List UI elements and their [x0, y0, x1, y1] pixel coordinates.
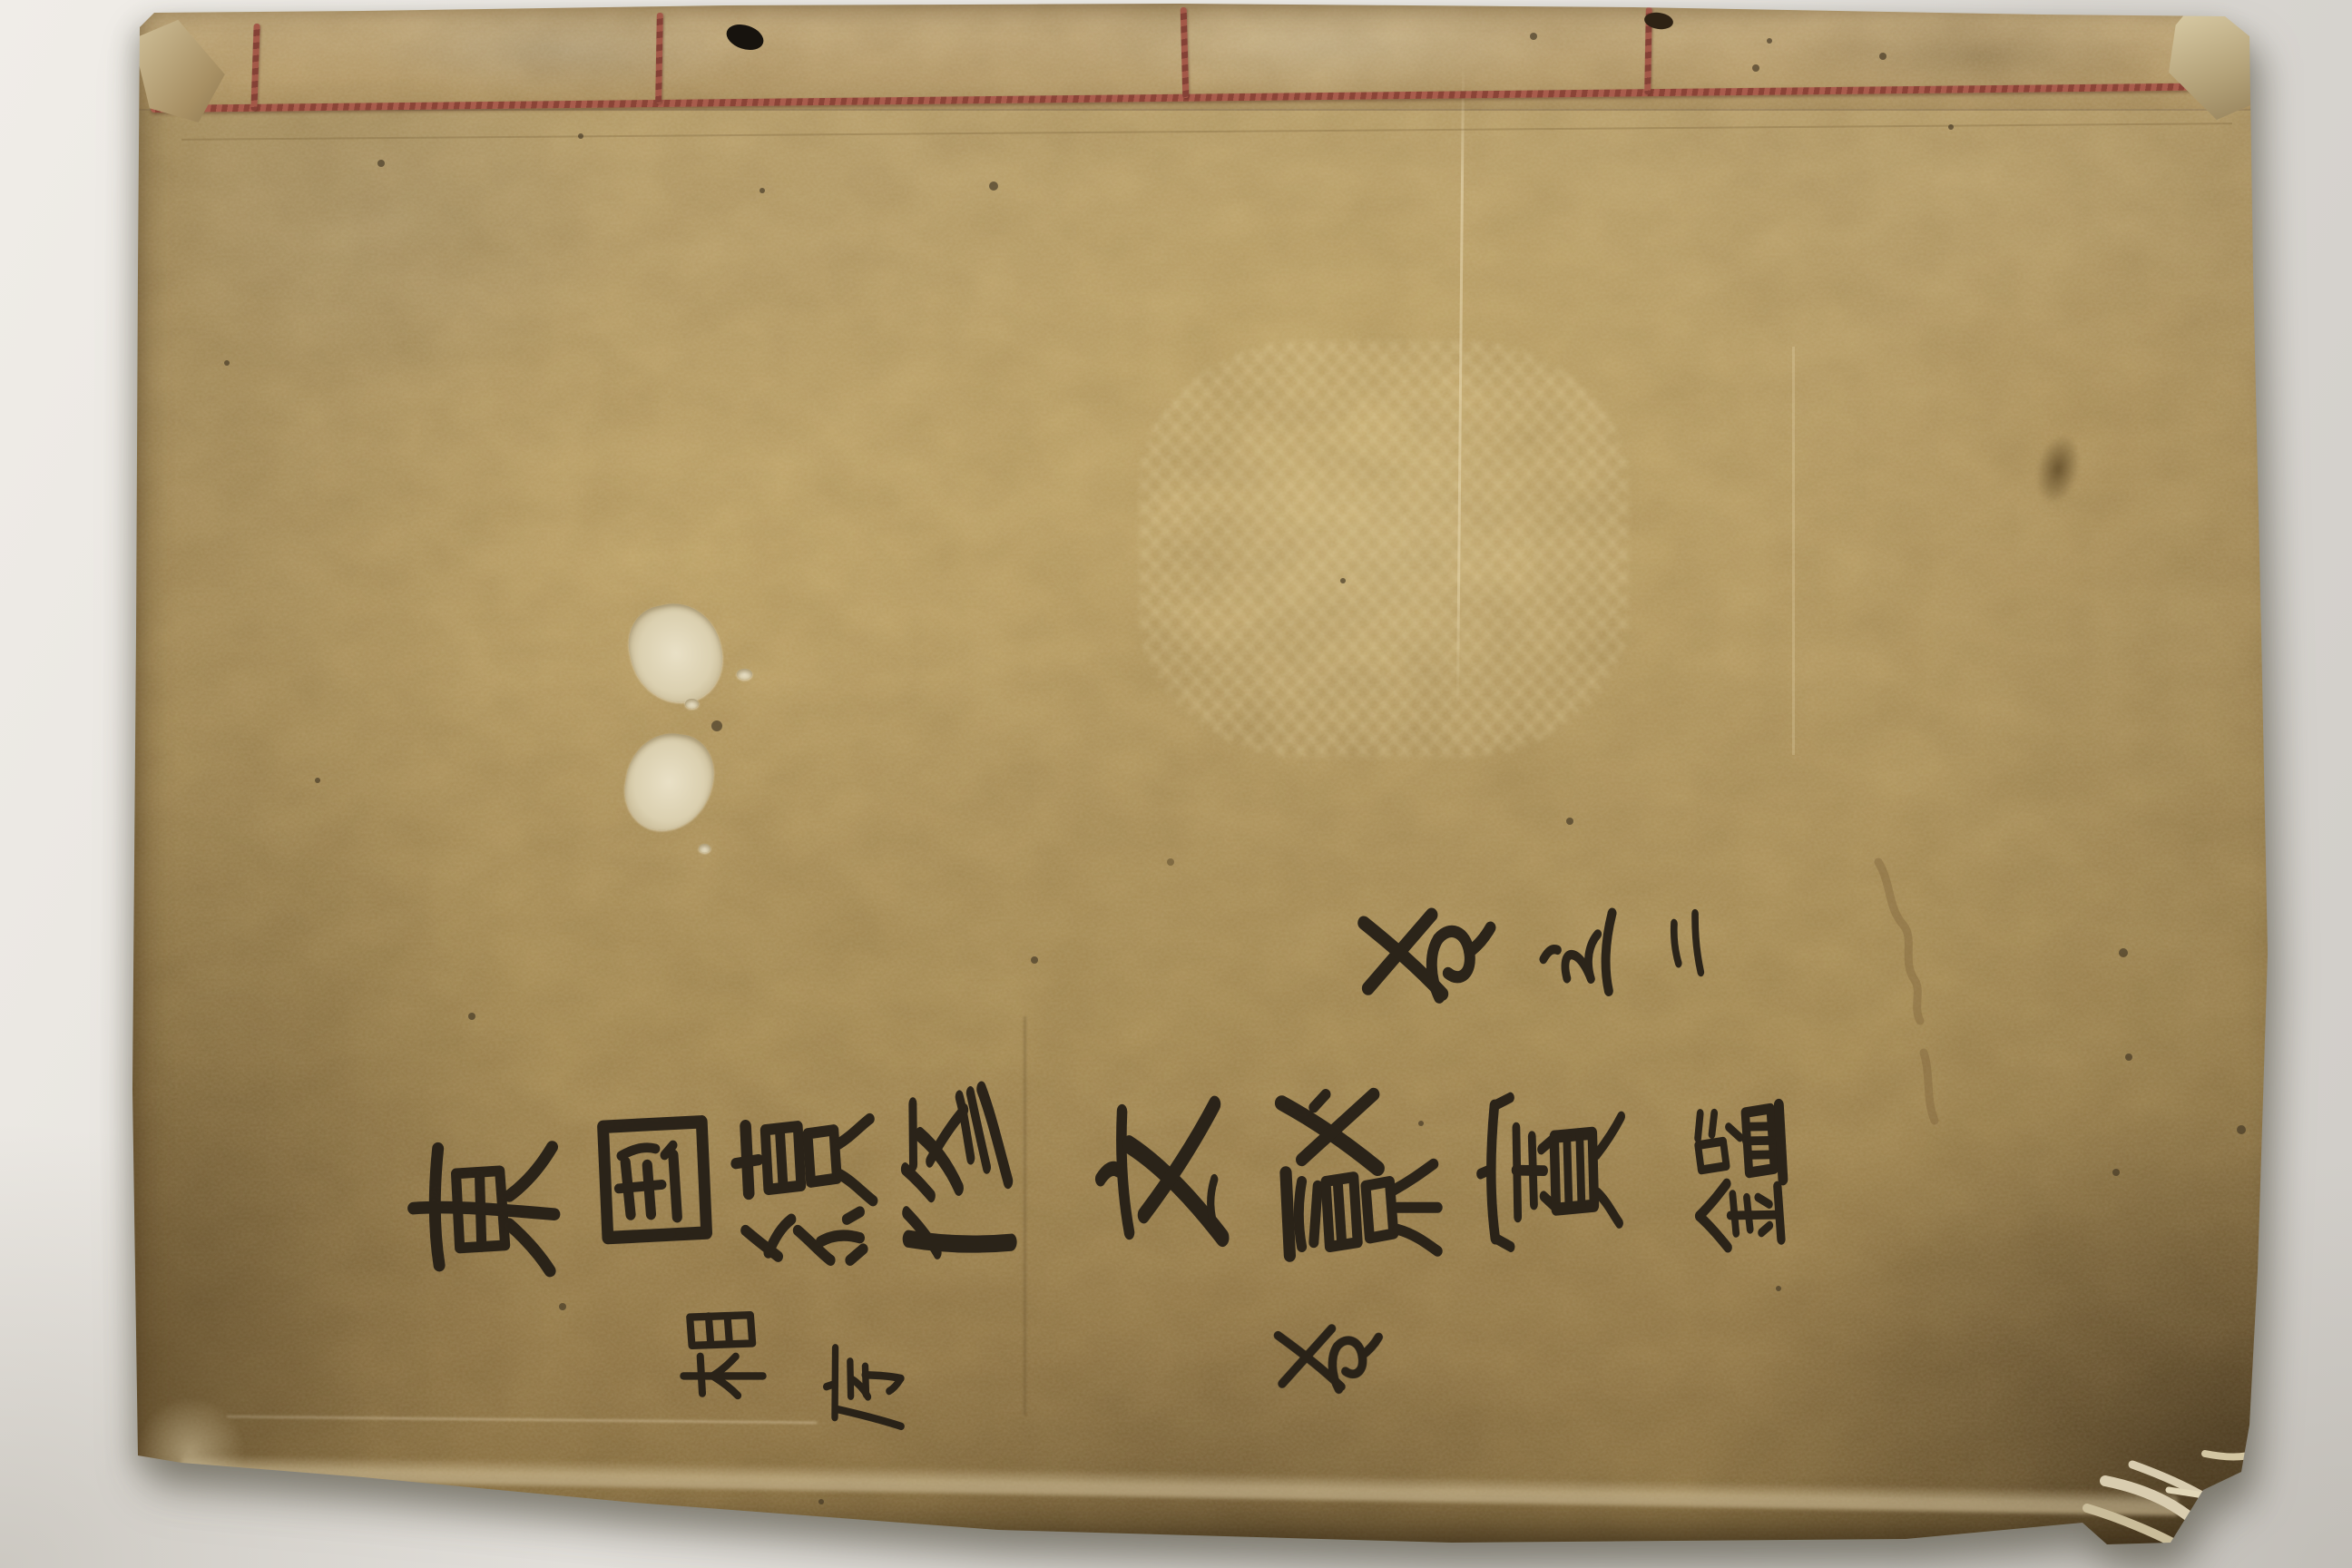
annotation-char-juan	[1278, 1327, 1380, 1391]
title-char-xiu	[902, 1086, 1016, 1255]
title-char-bao	[1479, 1097, 1622, 1249]
annotation-char-xu	[825, 1347, 904, 1426]
volume-char-juan	[1364, 914, 1492, 999]
calligraphy-layer	[0, 0, 2352, 1568]
title-char-dong	[412, 1144, 555, 1270]
title-char-guo	[603, 1122, 706, 1238]
volume-char-er	[1672, 914, 1700, 974]
title-char-jian	[1697, 1105, 1784, 1249]
title-char-xu	[736, 1119, 873, 1260]
annotation-char-xiang	[683, 1315, 762, 1396]
photo-backdrop: Photograph of an antique East Asian stab…	[0, 0, 2352, 1568]
specks	[224, 33, 2246, 1504]
volume-char-zhi	[1543, 912, 1612, 991]
title-char-xian	[1282, 1094, 1438, 1256]
title-char-wen	[1098, 1104, 1222, 1242]
faded-ink-smudge	[1878, 862, 1935, 1121]
